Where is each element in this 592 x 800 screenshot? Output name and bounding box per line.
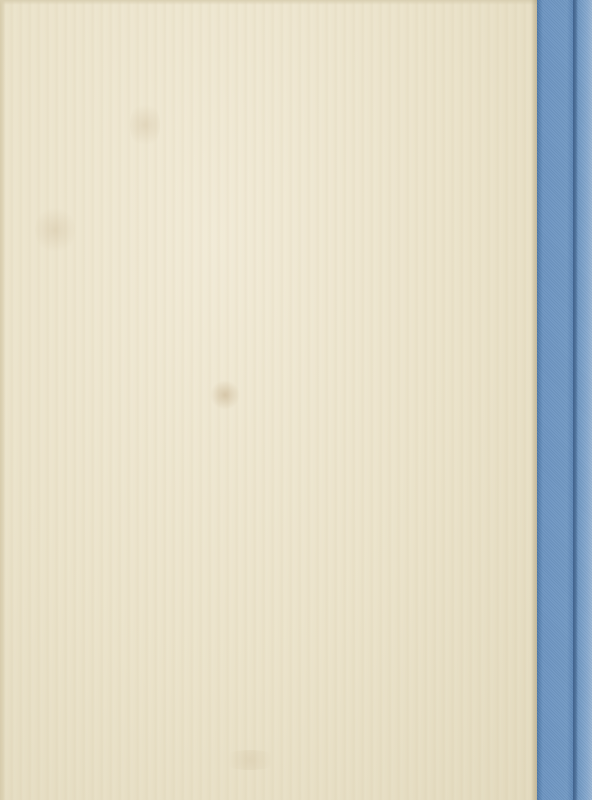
book-back-cover (0, 0, 592, 800)
cream-paper-board (0, 0, 537, 800)
board-top-edge (0, 0, 537, 5)
blue-cloth-spine (537, 0, 592, 800)
foxing-stain (35, 205, 75, 255)
board-left-edge (0, 0, 6, 800)
foxing-stain (210, 380, 240, 410)
spine-hinge-groove (573, 0, 576, 800)
foxing-stain (130, 100, 160, 150)
foxing-stain (220, 750, 280, 770)
